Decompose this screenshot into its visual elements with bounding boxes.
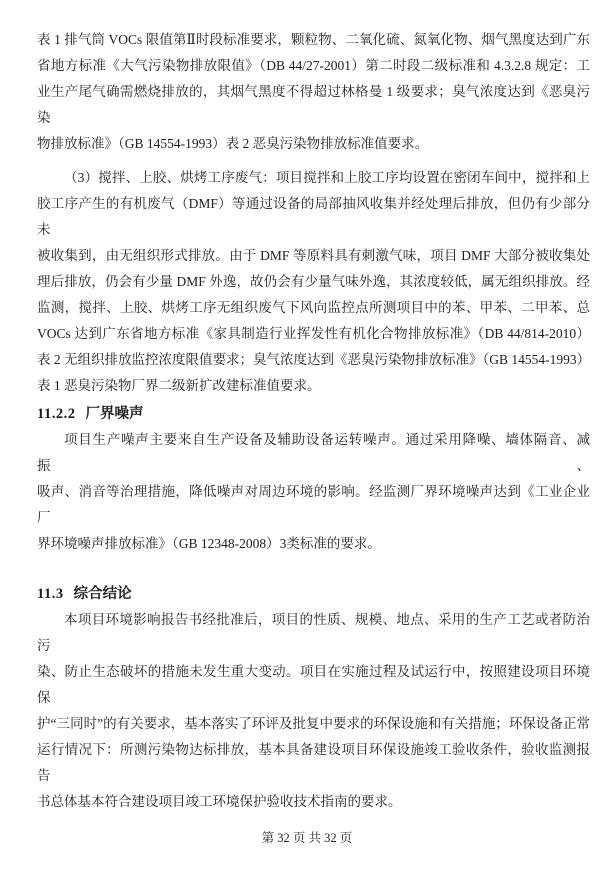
document-body: 表 1 排气筒 VOCs 限值第Ⅱ时段标准要求，颗粒物、二氧化硫、氮氧化物、烟气…: [37, 27, 590, 815]
document-page: 表 1 排气筒 VOCs 限值第Ⅱ时段标准要求，颗粒物、二氧化硫、氮氧化物、烟气…: [0, 0, 614, 875]
section-title: 综合结论: [74, 586, 132, 602]
text-line: 书总体基本符合建设项目竣工环境保护验收技术指南的要求。: [37, 789, 590, 815]
text-line: 理后排放，仍会有少量 DMF 外逸，故仍会有少量气味外逸，其浓度较低，属无组织排…: [37, 269, 590, 295]
text-line: 业生产尾气确需燃烧排放的，其烟气黑度不得超过林格曼 1 级要求；臭气浓度达到《恶…: [37, 79, 590, 131]
paragraph: 本项目环境影响报告书经批准后，项目的性质、规模、地点、采用的生产工艺或者防治污染…: [37, 607, 590, 815]
text-line: 界环境噪声排放标准》（GB 12348-2008）3类标准的要求。: [37, 531, 590, 557]
text-line: （3）搅拌、上胶、烘烤工序废气：项目搅拌和上胶工序均设置在密闭车间中，搅拌和上: [37, 165, 590, 191]
text-line: 胶工序产生的有机废气（DMF）等通过设备的局部抽风收集并经处理后排放，但仍有少部…: [37, 191, 590, 243]
section-number: 11.2.2: [37, 406, 75, 422]
text-line: 吸声、消音等治理措施，降低噪声对周边环境的影响。经监测厂界环境噪声达到《工业企业…: [37, 479, 590, 531]
section-number: 11.3: [37, 586, 64, 602]
page-number-footer: 第 32 页 共 32 页: [0, 830, 614, 846]
text-line: 护“三同时”的有关要求，基本落实了环评及批复中要求的环保设施和有关措施；环保设备…: [37, 711, 590, 737]
text-line: 表 1 排气筒 VOCs 限值第Ⅱ时段标准要求，颗粒物、二氧化硫、氮氧化物、烟气…: [37, 27, 590, 53]
text-line: 项目生产噪声主要来自生产设备及辅助设备运转噪声。通过采用降噪、墙体隔音、减振、: [37, 427, 590, 479]
text-line: 被收集到，由无组织形式排放。由于 DMF 等原料具有刺激气味，项目 DMF 大部…: [37, 243, 590, 269]
text-line: 染、防止生态破坏的措施未发生重大变动。项目在实施过程及试运行中，按照建设项目环境…: [37, 659, 590, 711]
section-title: 厂界噪声: [85, 406, 143, 422]
text-line: VOCs 达到广东省地方标准《家具制造行业挥发性有机化合物排放标准》（DB 44…: [37, 321, 590, 347]
paragraph: 项目生产噪声主要来自生产设备及辅助设备运转噪声。通过采用降噪、墙体隔音、减振、吸…: [37, 427, 590, 557]
text-line: 监测，搅拌、上胶、烘烤工序无组织废气下风向监控点所测项目中的苯、甲苯、二甲苯、总: [37, 295, 590, 321]
text-line: 本项目环境影响报告书经批准后，项目的性质、规模、地点、采用的生产工艺或者防治污: [37, 607, 590, 659]
text-line: 物排放标准》（GB 14554-1993）表 2 恶臭污染物排放标准值要求。: [37, 131, 590, 157]
section-heading: 11.3综合结论: [37, 581, 590, 607]
text-line: 省地方标准《大气污染物排放限值》（DB 44/27-2001）第二时段二级标准和…: [37, 53, 590, 79]
paragraph: 表 1 排气筒 VOCs 限值第Ⅱ时段标准要求，颗粒物、二氧化硫、氮氧化物、烟气…: [37, 27, 590, 157]
text-line: 表 2 无组织排放监控浓度限值要求；臭气浓度达到《恶臭污染物排放标准》（GB 1…: [37, 347, 590, 373]
text-line: 表 1 恶臭污染物厂界二级新扩改建标准值要求。: [37, 373, 590, 399]
section-heading: 11.2.2厂界噪声: [37, 401, 590, 427]
paragraph: （3）搅拌、上胶、烘烤工序废气：项目搅拌和上胶工序均设置在密闭车间中，搅拌和上胶…: [37, 165, 590, 399]
text-line: 运行情况下：所测污染物达标排放，基本具备建设项目环保设施竣工验收条件，验收监测报…: [37, 737, 590, 789]
